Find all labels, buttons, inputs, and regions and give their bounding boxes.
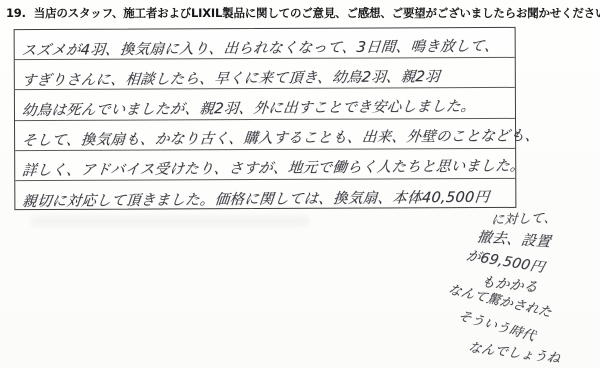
ruled-line-row: そして、換気扇も、かなり古く、購入することも、出来、外壁のことなども、	[15, 118, 515, 150]
margin-note-2: 撤去、設置	[476, 230, 552, 250]
ruled-line-row: スズメが4羽、換気扇に入り、出られなくなって、3日間、鳴き放して、	[15, 28, 515, 60]
ruled-line-row: 親切に対応して頂きました。価格に関しては、換気扇、本体40,500円	[15, 179, 515, 210]
handwritten-line-6: 親切に対応して頂きました。価格に関しては、換気扇、本体40,500円	[21, 190, 490, 209]
margin-note-7: なんでしょうね	[467, 342, 562, 366]
ruled-line-row: すぎりさんに、相談したら、早くに来て頂き、幼鳥2羽、親2羽	[15, 58, 515, 90]
page-bleedthrough-smudge	[30, 215, 310, 227]
handwritten-line-3: 幼鳥は死んでいましたが、親2羽、外に出すことでき安心しました。	[21, 100, 476, 119]
margin-note-1: に対して、	[491, 212, 557, 227]
question-number: 19.	[6, 6, 26, 20]
ruled-line-row: 幼鳥は死んでいましたが、親2羽、外に出すことでき安心しました。	[15, 88, 515, 120]
margin-note-3: が69,500円	[465, 249, 546, 275]
question-text: 当店のスタッフ、施工者およびLIXIL製品に関してのご意見、ご感想、ご要望がござ…	[34, 6, 600, 20]
scanned-questionnaire-page: 19.当店のスタッフ、施工者およびLIXIL製品に関してのご意見、ご感想、ご要望…	[0, 0, 600, 368]
question-header: 19.当店のスタッフ、施工者およびLIXIL製品に関してのご意見、ご感想、ご要望…	[6, 5, 596, 21]
handwritten-line-4: そして、換気扇も、かなり古く、購入することも、出来、外壁のことなども、	[21, 129, 540, 148]
ruled-line-row: 詳しく、アドバイス受けたり、さすが、地元で働らく人たちと思いました。	[15, 149, 515, 181]
handwritten-line-1: スズメが4羽、換気扇に入り、出られなくなって、3日間、鳴き放して、	[21, 39, 500, 58]
handwritten-line-2: すぎりさんに、相談したら、早くに来て頂き、幼鳥2羽、親2羽	[21, 70, 441, 89]
handwritten-line-5: 詳しく、アドバイス受けたり、さすが、地元で働らく人たちと思いました。	[21, 160, 525, 179]
handwritten-answer-box: スズメが4羽、換気扇に入り、出られなくなって、3日間、鳴き放して、 すぎりさんに…	[14, 27, 517, 210]
